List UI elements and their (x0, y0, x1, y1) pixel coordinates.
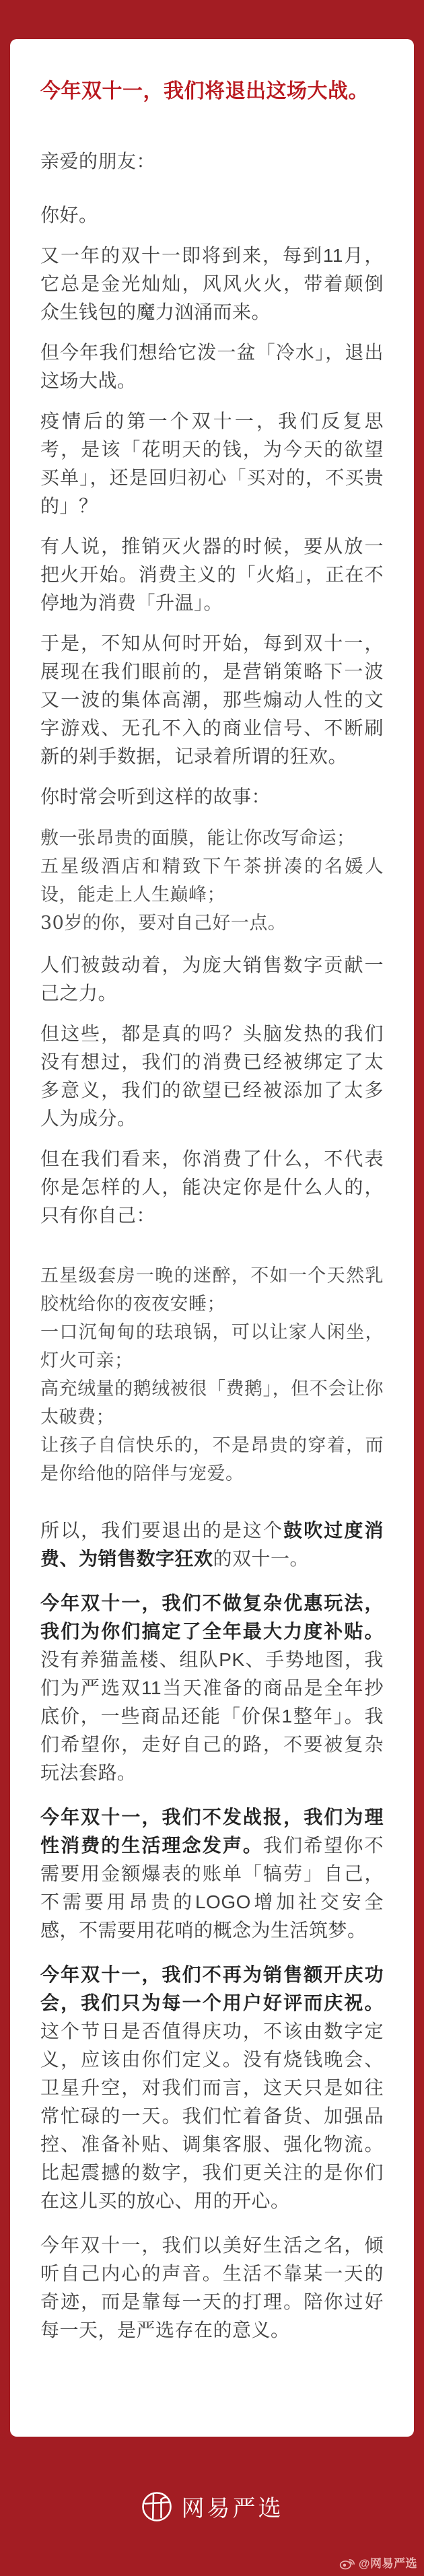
weibo-watermark: @网易严选 (339, 2554, 417, 2571)
brand-lockup: 网易严选 (141, 2490, 284, 2523)
quote-line: 敷一张昂贵的面膜，能让你改写命运； (40, 825, 384, 853)
letter-paragraph: 你时常会听到这样的故事： (40, 783, 384, 811)
quote-line: 30岁的你，要对自己好一点。 (40, 909, 384, 938)
letter-paragraph: 今年双十一，我们不再为销售额开庆功会，我们只为每一个用户好评而庆祝。这个节日是否… (40, 1961, 384, 2215)
letter-paragraph: 有人说，推销灭火器的时候，要从放一把火开始。消费主义的「火焰」，正在不停地为消费… (40, 532, 384, 617)
quote-line: 高充绒量的鹅绒被很「费鹅」，但不会让你太破费； (40, 1375, 384, 1432)
poster-page: 今年双十一，我们将退出这场大战。 亲爱的朋友： 你好。 又一年的双十一即将到来，… (0, 0, 424, 2576)
watermark-handle: @网易严选 (359, 2554, 417, 2571)
brand-name: 网易严选 (182, 2490, 284, 2523)
letter-card: 今年双十一，我们将退出这场大战。 亲爱的朋友： 你好。 又一年的双十一即将到来，… (10, 39, 414, 2437)
letter-paragraph: 于是，不知从何时开始，每到双十一，展现在我们眼前的，是营销策略下一波又一波的集体… (40, 629, 384, 771)
letter-paragraph: 人们被鼓动着，为庞大销售数字贡献一己之力。 (40, 951, 384, 1008)
quote-line: 五星级酒店和精致下午茶拼凑的名媛人设，能走上人生巅峰； (40, 853, 384, 909)
paragraph-bold-text: 今年双十一，我们不做复杂优惠玩法，我们为你们搞定了全年最大力度补贴。 (40, 1593, 384, 1642)
story-quote-block: 敷一张昂贵的面膜，能让你改写命运； 五星级酒店和精致下午茶拼凑的名媛人设，能走上… (40, 825, 384, 938)
letter-paragraph: 所以，我们要退出的是这个鼓吹过度消费、为销售数字狂欢的双十一。 (40, 1517, 384, 1573)
paragraph-text: 这个节日是否值得庆功，不该由数字定义，应该由你们定义。没有烧钱晚会、卫星升空，对… (40, 2021, 384, 2211)
paragraph-text: 的双十一。 (213, 1548, 310, 1569)
letter-paragraph: 今年双十一，我们以美好生活之名，倾听自己内心的声音。生活不靠某一天的奇迹，而是靠… (40, 2231, 384, 2344)
paragraph-text: 没有养猫盖楼、组队PK、手势地图，我们为严选双11当天准备的商品是全年抄底价，一… (40, 1649, 384, 1783)
letter-paragraph: 但这些，都是真的吗？头脑发热的我们没有想过，我们的消费已经被绑定了太多意义，我们… (40, 1020, 384, 1133)
letter-paragraph: 今年双十一，我们不做复杂优惠玩法，我们为你们搞定了全年最大力度补贴。没有养猫盖楼… (40, 1589, 384, 1787)
letter-paragraph: 但在我们看来，你消费了什么，不代表你是怎样的人，能决定你是什么人的，只有你自己： (40, 1145, 384, 1230)
letter-paragraph: 今年双十一，我们不发战报，我们为理性消费的生活理念发声。我们希望你不需要用金额爆… (40, 1803, 384, 1945)
yanxuan-circle-logo-icon (141, 2491, 173, 2523)
values-quote-block: 五星级套房一晚的迷醉，不如一个天然乳胶枕给你的夜夜安睡； 一口沉甸甸的珐琅锅，可… (40, 1262, 384, 1488)
quote-line: 让孩子自信快乐的，不是昂贵的穿着，而是你给他的陪伴与宠爱。 (40, 1432, 384, 1488)
quote-line: 五星级套房一晚的迷醉，不如一个天然乳胶枕给你的夜夜安睡； (40, 1262, 384, 1319)
letter-greeting: 亲爱的朋友： (40, 147, 384, 176)
paragraph-bold-text: 今年双十一，我们不再为销售额开庆功会，我们只为每一个用户好评而庆祝。 (40, 1964, 384, 2013)
quote-line: 一口沉甸甸的珐琅锅，可以让家人闲坐，灯火可亲； (40, 1319, 384, 1375)
letter-paragraph: 但今年我们想给它泼一盆「冷水」，退出这场大战。 (40, 339, 384, 395)
letter-paragraph: 疫情后的第一个双十一，我们反复思考，是该「花明天的钱，为今天的欲望买单」，还是回… (40, 407, 384, 520)
letter-hello: 你好。 (40, 201, 384, 230)
brand-footer: 网易严选 @网易严选 (0, 2437, 424, 2576)
letter-title: 今年双十一，我们将退出这场大战。 (40, 77, 384, 106)
paragraph-text: 所以，我们要退出的是这个 (40, 1520, 283, 1541)
weibo-icon (339, 2554, 355, 2571)
letter-paragraph: 又一年的双十一即将到来，每到11月，它总是金光灿灿，风风火火，带着颠倒众生钱包的… (40, 242, 384, 326)
